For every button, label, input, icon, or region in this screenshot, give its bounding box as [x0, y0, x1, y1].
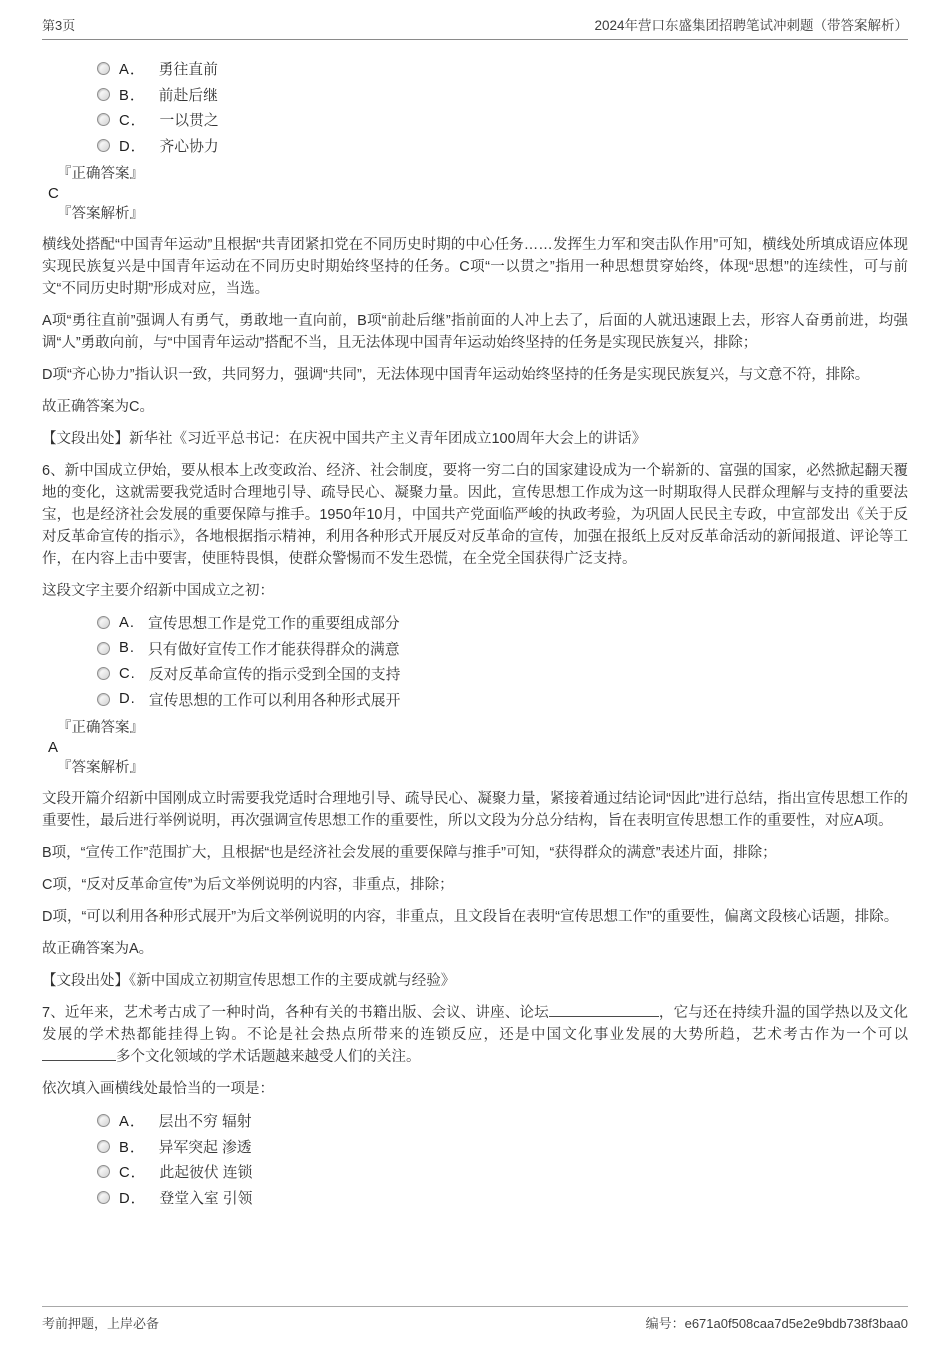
option-letter: B． [119, 84, 146, 105]
radio-button[interactable] [97, 693, 110, 706]
option-letter: A． [119, 1110, 146, 1131]
radio-button[interactable] [97, 139, 110, 152]
option-row-a[interactable]: A. 宣传思想工作是党工作的重要组成部分 [97, 610, 908, 636]
stem-text: 多个文化领域的学术话题越来越受人们的关注。 [116, 1049, 421, 1065]
radio-button[interactable] [97, 642, 110, 655]
radio-button[interactable] [97, 1165, 110, 1178]
option-text: 层出不穷 辐射 [159, 1110, 252, 1131]
serial-label: 编号： [646, 1316, 685, 1331]
option-text: 宣传思想工作是党工作的重要组成部分 [148, 612, 400, 633]
fill-in-blank [42, 1047, 116, 1061]
option-text: 登堂入室 引领 [159, 1187, 252, 1208]
option-letter: B． [119, 1136, 146, 1157]
option-row-c[interactable]: C． 一以贯之 [97, 107, 908, 133]
correct-answer-label: 『正确答案』 [57, 164, 908, 184]
option-text: 反对反革命宣传的指示受到全国的支持 [149, 663, 401, 684]
footer-slogan: 考前押题，上岸必备 [42, 1313, 159, 1332]
option-row-b[interactable]: B. 只有做好宣传工作才能获得群众的满意 [97, 636, 908, 662]
page-number: 第3页 [42, 15, 75, 34]
option-letter: A. [119, 615, 135, 631]
analysis-paragraph: 横线处搭配“中国青年运动”且根据“共青团紧扣党在不同历史时期的中心任务……发挥生… [42, 234, 908, 300]
option-row-c[interactable]: C. 反对反革命宣传的指示受到全国的支持 [97, 661, 908, 687]
correct-answer-value: C [48, 184, 908, 204]
option-letter: C． [119, 1161, 146, 1182]
source-reference: 【文段出处】《新中国成立初期宣传思想工作的主要成就与经验》 [42, 970, 908, 992]
option-row-b[interactable]: B． 异军突起 渗透 [97, 1134, 908, 1160]
option-text: 宣传思想的工作可以利用各种形式展开 [149, 689, 401, 710]
radio-button[interactable] [97, 62, 110, 75]
option-text: 一以贯之 [159, 109, 218, 130]
document-page: 第3页 2024年营口东盛集团招聘笔试冲刺题（带答案解析） A． 勇往直前 B．… [0, 0, 950, 1345]
option-letter: B. [119, 640, 135, 656]
option-text: 只有做好宣传工作才能获得群众的满意 [148, 638, 400, 659]
correct-answer-value: A [48, 738, 908, 758]
radio-button[interactable] [97, 88, 110, 101]
option-letter: D． [119, 1187, 146, 1208]
option-row-b[interactable]: B． 前赴后继 [97, 82, 908, 108]
option-text: 异军突起 渗透 [159, 1136, 252, 1157]
radio-button[interactable] [97, 616, 110, 629]
analysis-paragraph: A项“勇往直前”强调人有勇气，勇敢地一直向前，B项“前赴后继”指前面的人冲上去了… [42, 310, 908, 354]
analysis-paragraph: C项，“反对反革命宣传”为后文举例说明的内容，非重点，排除； [42, 874, 908, 896]
question7-options: A． 层出不穷 辐射 B． 异军突起 渗透 C． 此起彼伏 连锁 D． 登堂入室… [97, 1108, 908, 1210]
option-row-d[interactable]: D. 宣传思想的工作可以利用各种形式展开 [97, 687, 908, 713]
radio-button[interactable] [97, 113, 110, 126]
option-text: 勇往直前 [159, 58, 218, 79]
option-row-a[interactable]: A． 勇往直前 [97, 56, 908, 82]
stem-text: 7、近年来，艺术考古成了一种时尚，各种有关的书籍出版、会议、讲座、论坛 [42, 1005, 549, 1021]
question7-prompt: 依次填入画横线处最恰当的一项是： [42, 1078, 908, 1100]
option-text: 前赴后继 [159, 84, 218, 105]
analysis-label: 『答案解析』 [57, 204, 908, 224]
fill-in-blank [549, 1003, 659, 1017]
option-text: 此起彼伏 连锁 [159, 1161, 252, 1182]
option-letter: C. [119, 666, 136, 682]
option-row-c[interactable]: C． 此起彼伏 连锁 [97, 1159, 908, 1185]
analysis-paragraph: D项“齐心协力”指认识一致，共同努力，强调“共同”，无法体现中国青年运动始终坚持… [42, 364, 908, 386]
option-row-d[interactable]: D． 登堂入室 引领 [97, 1185, 908, 1211]
analysis-paragraph: D项，“可以利用各种形式展开”为后文举例说明的内容，非重点，且文段旨在表明“宣传… [42, 906, 908, 928]
question6-stem: 6、新中国成立伊始，要从根本上改变政治、经济、社会制度，要将一穷二白的国家建设成… [42, 460, 908, 570]
option-letter: C． [119, 109, 146, 130]
analysis-paragraph: 文段开篇介绍新中国刚成立时需要我党适时合理地引导、疏导民心、凝聚力量，紧接着通过… [42, 788, 908, 832]
analysis-label: 『答案解析』 [57, 758, 908, 778]
option-letter: D． [119, 135, 146, 156]
analysis-conclusion: 故正确答案为A。 [42, 938, 908, 960]
question6-options: A. 宣传思想工作是党工作的重要组成部分 B. 只有做好宣传工作才能获得群众的满… [97, 610, 908, 712]
radio-button[interactable] [97, 1114, 110, 1127]
option-letter: A． [119, 58, 146, 79]
question5-options: A． 勇往直前 B． 前赴后继 C． 一以贯之 D． 齐心协力 [97, 56, 908, 158]
option-text: 齐心协力 [159, 135, 218, 156]
option-row-d[interactable]: D． 齐心协力 [97, 133, 908, 159]
radio-button[interactable] [97, 1191, 110, 1204]
document-serial: 编号：e671a0f508caa7d5e2e9bdb738f3baa0 [646, 1313, 908, 1332]
serial-value: e671a0f508caa7d5e2e9bdb738f3baa0 [685, 1316, 908, 1331]
radio-button[interactable] [97, 667, 110, 680]
analysis-paragraph: B项，“宣传工作”范围扩大，且根据“也是经济社会发展的重要保障与推手”可知，“获… [42, 842, 908, 864]
question6-prompt: 这段文字主要介绍新中国成立之初： [42, 580, 908, 602]
document-title: 2024年营口东盛集团招聘笔试冲刺题（带答案解析） [594, 14, 908, 34]
page-footer: 考前押题，上岸必备 编号：e671a0f508caa7d5e2e9bdb738f… [42, 1306, 908, 1332]
option-row-a[interactable]: A． 层出不穷 辐射 [97, 1108, 908, 1134]
correct-answer-label: 『正确答案』 [57, 718, 908, 738]
question7-stem: 7、近年来，艺术考古成了一种时尚，各种有关的书籍出版、会议、讲座、论坛，它与还在… [42, 1002, 908, 1068]
option-letter: D. [119, 691, 136, 707]
analysis-conclusion: 故正确答案为C。 [42, 396, 908, 418]
radio-button[interactable] [97, 1140, 110, 1153]
page-header: 第3页 2024年营口东盛集团招聘笔试冲刺题（带答案解析） [42, 6, 908, 40]
source-reference: 【文段出处】新华社《习近平总书记：在庆祝中国共产主义青年团成立100周年大会上的… [42, 428, 908, 450]
